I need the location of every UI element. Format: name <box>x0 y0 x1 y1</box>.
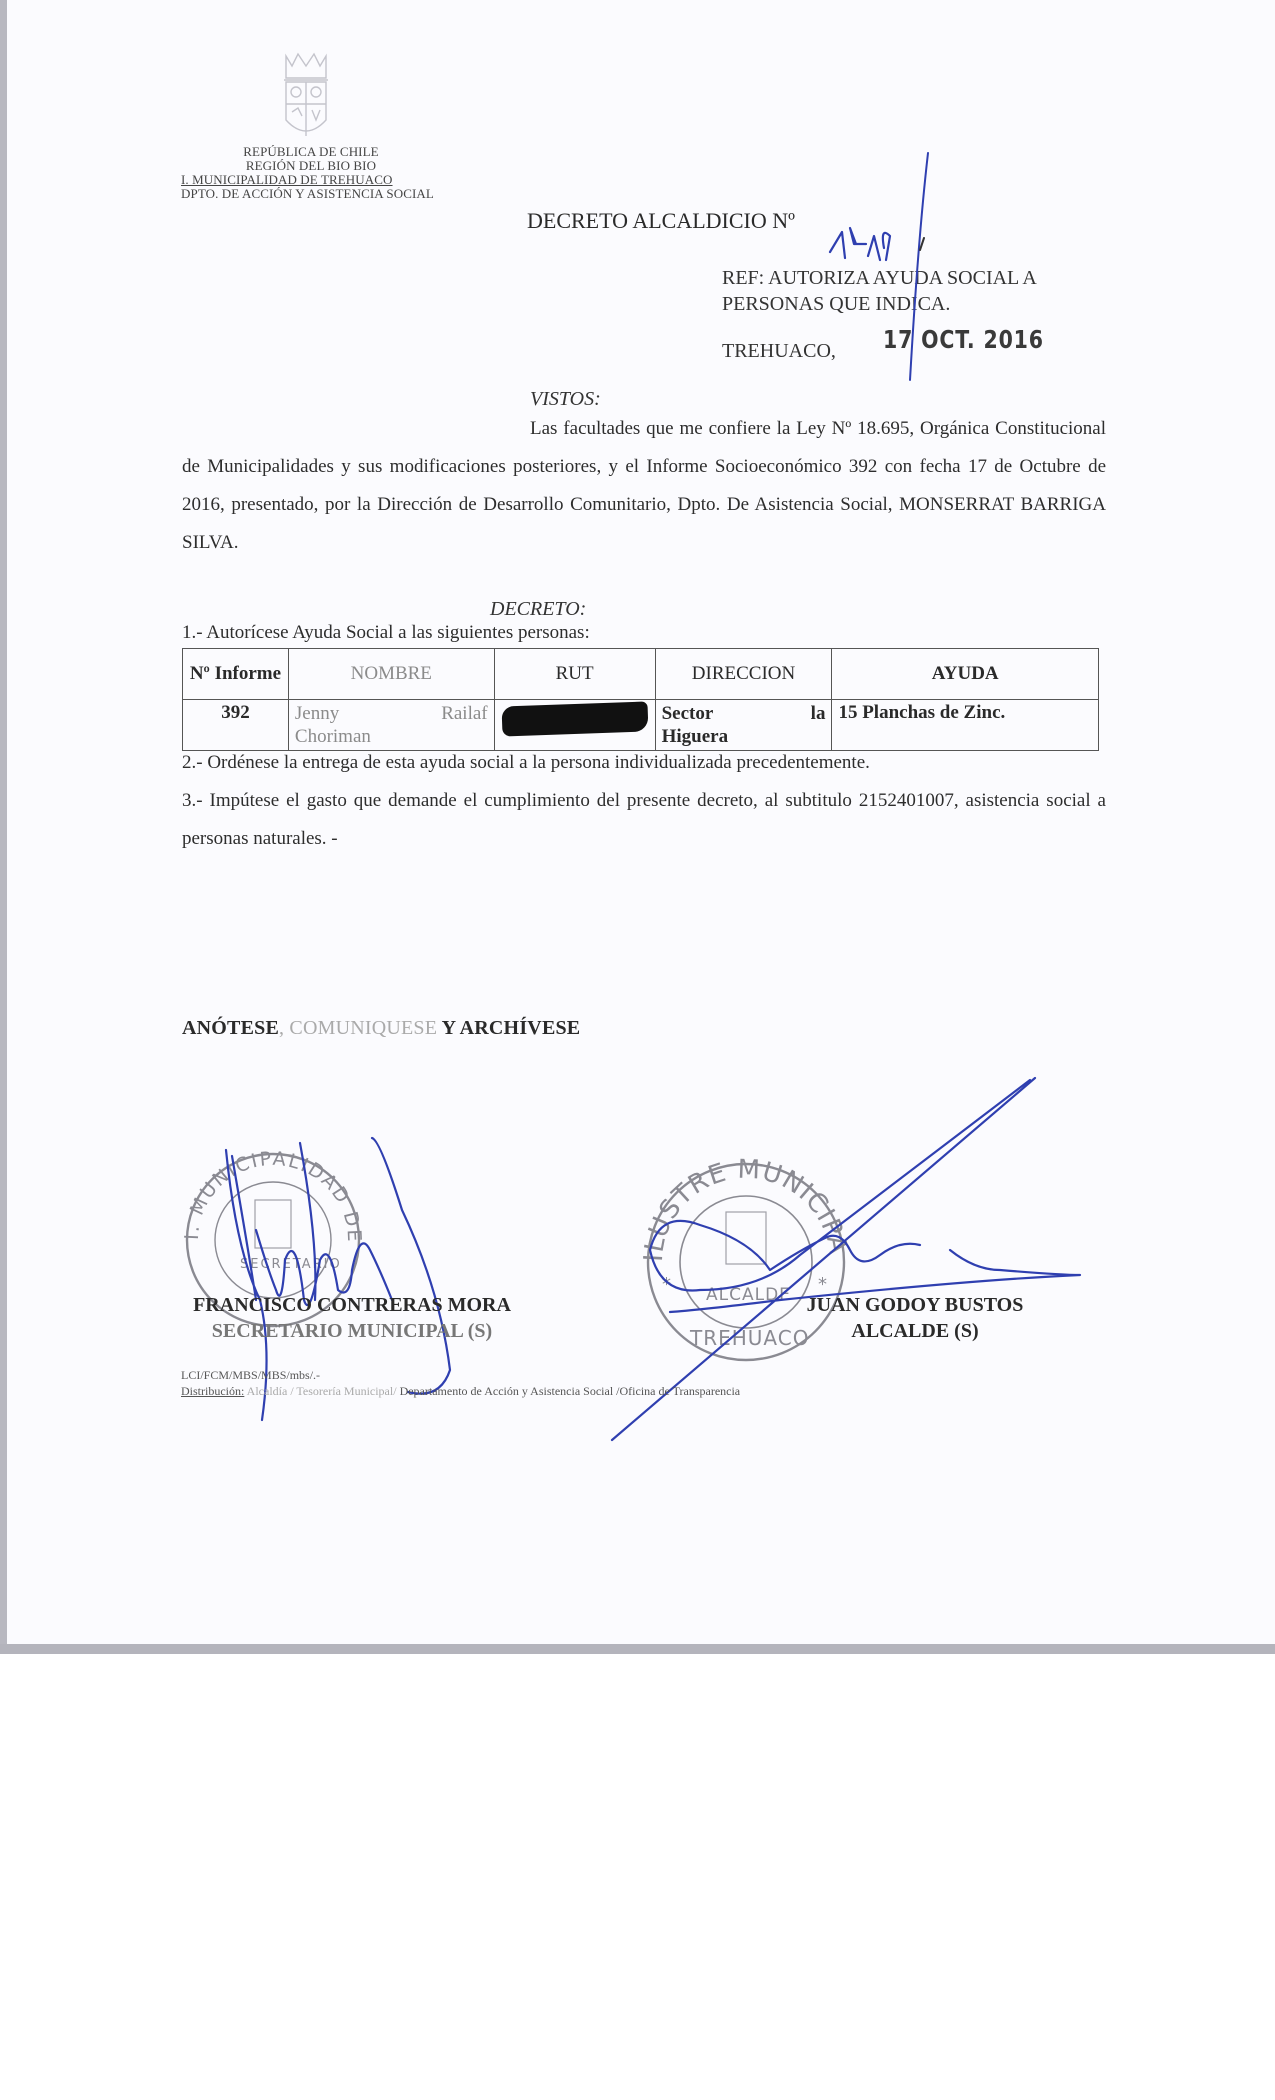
direccion-word-2: la <box>811 702 826 725</box>
coat-of-arms-icon <box>278 52 334 142</box>
vistos-text: Las facultades que me confiere la Ley Nº… <box>182 418 1106 553</box>
direccion-word-1: Sector <box>662 702 714 725</box>
distribution-rest: Departamento de Acción y Asistencia Soci… <box>397 1384 741 1398</box>
scan-bottom-edge <box>0 1644 1275 1654</box>
letterhead-region: REGIÓN DEL BIO BIO <box>181 159 441 173</box>
decree-reference: REF: AUTORIZA AYUDA SOCIAL A PERSONAS QU… <box>722 265 1082 317</box>
decreto-item-2: 2.- Ordénese la entrega de esta ayuda so… <box>182 752 870 774</box>
col-header-rut: RUT <box>494 649 655 700</box>
closing-formula: ANÓTESE, COMUNIQUESE Y ARCHÍVESE <box>182 1017 580 1040</box>
footer: LCI/FCM/MBS/MBS/mbs/.- Distribución: Alc… <box>181 1367 740 1399</box>
distribution-faint: Alcaldía / Tesorería Municipal/ <box>244 1384 396 1398</box>
col-header-ayuda: AYUDA <box>832 649 1099 700</box>
col-header-informe: Nº Informe <box>183 649 289 700</box>
col-header-direccion: DIRECCION <box>655 649 832 700</box>
decree-place: TREHUACO, <box>722 340 836 363</box>
col-header-nombre: NOMBRE <box>288 649 494 700</box>
cell-rut <box>494 700 655 751</box>
mayor-role: ALCALDE (S) <box>790 1318 1040 1344</box>
nombre-third: Choriman <box>295 725 488 748</box>
letterhead-municipality: I. MUNICIPALIDAD DE TREHUACO <box>181 173 441 187</box>
vistos-paragraph: Las facultades que me confiere la Ley Nº… <box>182 410 1106 562</box>
nombre-first: Jenny <box>295 702 339 725</box>
letterhead-department: DPTO. DE ACCIÓN Y ASISTENCIA SOCIAL <box>181 187 441 201</box>
footer-initials: LCI/FCM/MBS/MBS/mbs/.- <box>181 1367 740 1383</box>
closing-comuniquese: , COMUNIQUESE <box>279 1017 437 1039</box>
scan-left-edge <box>0 0 7 1654</box>
letterhead: REPÚBLICA DE CHILE REGIÓN DEL BIO BIO I.… <box>181 145 441 201</box>
decree-title: DECRETO ALCALDICIO Nº <box>527 208 795 234</box>
secretary-signature-block: FRANCISCO CONTRERAS MORA SECRETARIO MUNI… <box>182 1292 522 1344</box>
distribution-label: Distribución: <box>181 1384 244 1398</box>
table-row: 392 JennyRailaf Choriman Sectorla Higuer… <box>183 700 1099 751</box>
letterhead-country: REPÚBLICA DE CHILE <box>181 145 441 159</box>
footer-distribution: Distribución: Alcaldía / Tesorería Munic… <box>181 1383 740 1399</box>
cell-direccion: Sectorla Higuera <box>655 700 832 751</box>
cell-informe: 392 <box>183 700 289 751</box>
mayor-signature-block: JUAN GODOY BUSTOS ALCALDE (S) <box>790 1292 1040 1344</box>
mayor-name: JUAN GODOY BUSTOS <box>790 1292 1040 1318</box>
rut-redaction-mark <box>501 701 648 736</box>
decreto-heading: DECRETO: <box>490 598 586 621</box>
closing-anotese: ANÓTESE <box>182 1017 279 1039</box>
cell-ayuda: 15 Planchas de Zinc. <box>832 700 1099 751</box>
date-stamp: 17 OCT. 2016 <box>883 325 1044 354</box>
secretary-name: FRANCISCO CONTRERAS MORA <box>182 1292 522 1318</box>
table-header-row: Nº Informe NOMBRE RUT DIRECCION AYUDA <box>183 649 1099 700</box>
direccion-word-3: Higuera <box>662 725 826 748</box>
decreto-item-1: 1.- Autorícese Ayuda Social a las siguie… <box>182 622 590 644</box>
secretary-role: SECRETARIO MUNICIPAL (S) <box>182 1318 522 1344</box>
closing-archivese: Y ARCHÍVESE <box>437 1017 580 1039</box>
nombre-second: Railaf <box>441 702 487 725</box>
cell-nombre: JennyRailaf Choriman <box>288 700 494 751</box>
vistos-heading: VISTOS: <box>530 388 601 411</box>
aid-recipients-table: Nº Informe NOMBRE RUT DIRECCION AYUDA 39… <box>182 648 1099 751</box>
decreto-item-3: 3.- Impútese el gasto que demande el cum… <box>182 782 1106 858</box>
